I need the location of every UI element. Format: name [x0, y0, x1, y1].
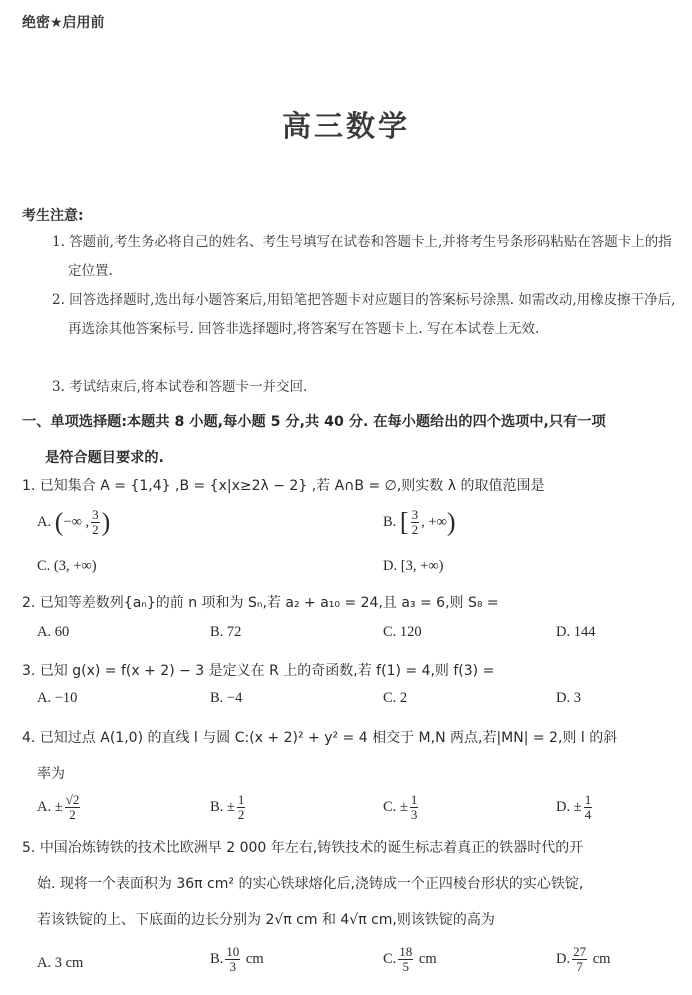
q4-option-a: A. ±√22: [37, 793, 82, 822]
page-title: 高三数学: [0, 104, 692, 145]
question-stem-line1: 已知过点 A(1,0) 的直线 l 与圆 C:(x + 2)² + y² = 4…: [40, 730, 617, 746]
question-number: 4.: [22, 730, 35, 746]
q3-option-b: B. −4: [210, 690, 242, 707]
question-number: 5.: [22, 840, 35, 856]
q1-option-c: C. (3, +∞): [37, 558, 97, 575]
question-number: 3.: [22, 663, 35, 679]
q3-option-c: C. 2: [383, 690, 407, 707]
q2-option-d: D. 144: [556, 624, 595, 641]
q3-option-a: A. −10: [37, 690, 77, 707]
q2-option-b: B. 72: [210, 624, 241, 641]
q5-option-b: B.103 cm: [210, 945, 264, 974]
fraction: 14: [584, 793, 593, 822]
fraction: 32: [91, 508, 100, 537]
notice-item-3: 3. 考试结束后,将本试卷和答题卡一并交回.: [52, 373, 678, 402]
q2-option-a: A. 60: [37, 624, 69, 641]
question-3: 3. 已知 g(x) = f(x + 2) − 3 是定义在 R 上的奇函数,若…: [22, 653, 672, 689]
question-5: 5. 中国冶炼铸铁的技术比欧洲早 2 000 年左右,铸铁技术的诞生标志着真正的…: [22, 830, 672, 938]
q1-option-a: A. (−∞ ,32): [37, 508, 110, 537]
fraction: 12: [237, 793, 246, 822]
question-stem-line2: 率为: [22, 756, 672, 792]
q1-option-d: D. [3, +∞): [383, 558, 443, 575]
fraction: 13: [410, 793, 419, 822]
fraction: √22: [65, 793, 81, 822]
question-1: 1. 已知集合 A = {1,4} ,B = {x|x≥2λ − 2} ,若 A…: [22, 468, 672, 504]
q3-option-d: D. 3: [556, 690, 581, 707]
question-4: 4. 已知过点 A(1,0) 的直线 l 与圆 C:(x + 2)² + y² …: [22, 720, 672, 792]
fraction: 185: [398, 945, 413, 974]
section-heading: 一、单项选择题:本题共 8 小题,每小题 5 分,共 40 分. 在每小题给出的…: [22, 404, 672, 476]
question-number: 2.: [22, 595, 35, 611]
section-heading-line1: 一、单项选择题:本题共 8 小题,每小题 5 分,共 40 分. 在每小题给出的…: [22, 414, 606, 430]
notice-heading: 考生注意:: [22, 205, 84, 225]
fraction: 32: [411, 508, 420, 537]
confidential-label: 绝密★启用前: [22, 12, 105, 32]
question-stem: 已知 g(x) = f(x + 2) − 3 是定义在 R 上的奇函数,若 f(…: [40, 663, 495, 679]
q5-option-a: A. 3 cm: [37, 955, 83, 972]
question-2: 2. 已知等差数列{aₙ}的前 n 项和为 Sₙ,若 a₂ + a₁₀ = 24…: [22, 585, 672, 621]
q4-option-b: B. ±12: [210, 793, 247, 822]
q5-option-d: D.277 cm: [556, 945, 610, 974]
q4-option-d: D. ±14: [556, 793, 594, 822]
question-stem: 已知等差数列{aₙ}的前 n 项和为 Sₙ,若 a₂ + a₁₀ = 24,且 …: [40, 595, 499, 611]
q5-option-c: C.185 cm: [383, 945, 437, 974]
q4-option-c: C. ±13: [383, 793, 420, 822]
question-stem-line3: 若该铁锭的上、下底面的边长分别为 2√π cm 和 4√π cm,则该铁锭的高为: [22, 902, 672, 938]
question-stem: 已知集合 A = {1,4} ,B = {x|x≥2λ − 2} ,若 A∩B …: [40, 478, 545, 494]
question-number: 1.: [22, 478, 35, 494]
question-stem-line2: 始. 现将一个表面积为 36π cm² 的实心铁球熔化后,浇铸成一个正四棱台形状…: [22, 866, 672, 902]
notice-item-1: 1. 答题前,考生务必将自己的姓名、考生号填写在试卷和答题卡上,并将考生号条形码…: [52, 228, 678, 286]
question-stem-line1: 中国冶炼铸铁的技术比欧洲早 2 000 年左右,铸铁技术的诞生标志着真正的铁器时…: [40, 840, 583, 856]
fraction: 103: [225, 945, 240, 974]
q1-option-b: B. [32, +∞): [383, 508, 456, 537]
notice-item-2: 2. 回答选择题时,选出每小题答案后,用铅笔把答题卡对应题目的答案标号涂黑. 如…: [52, 286, 678, 344]
q2-option-c: C. 120: [383, 624, 422, 641]
fraction: 277: [572, 945, 587, 974]
